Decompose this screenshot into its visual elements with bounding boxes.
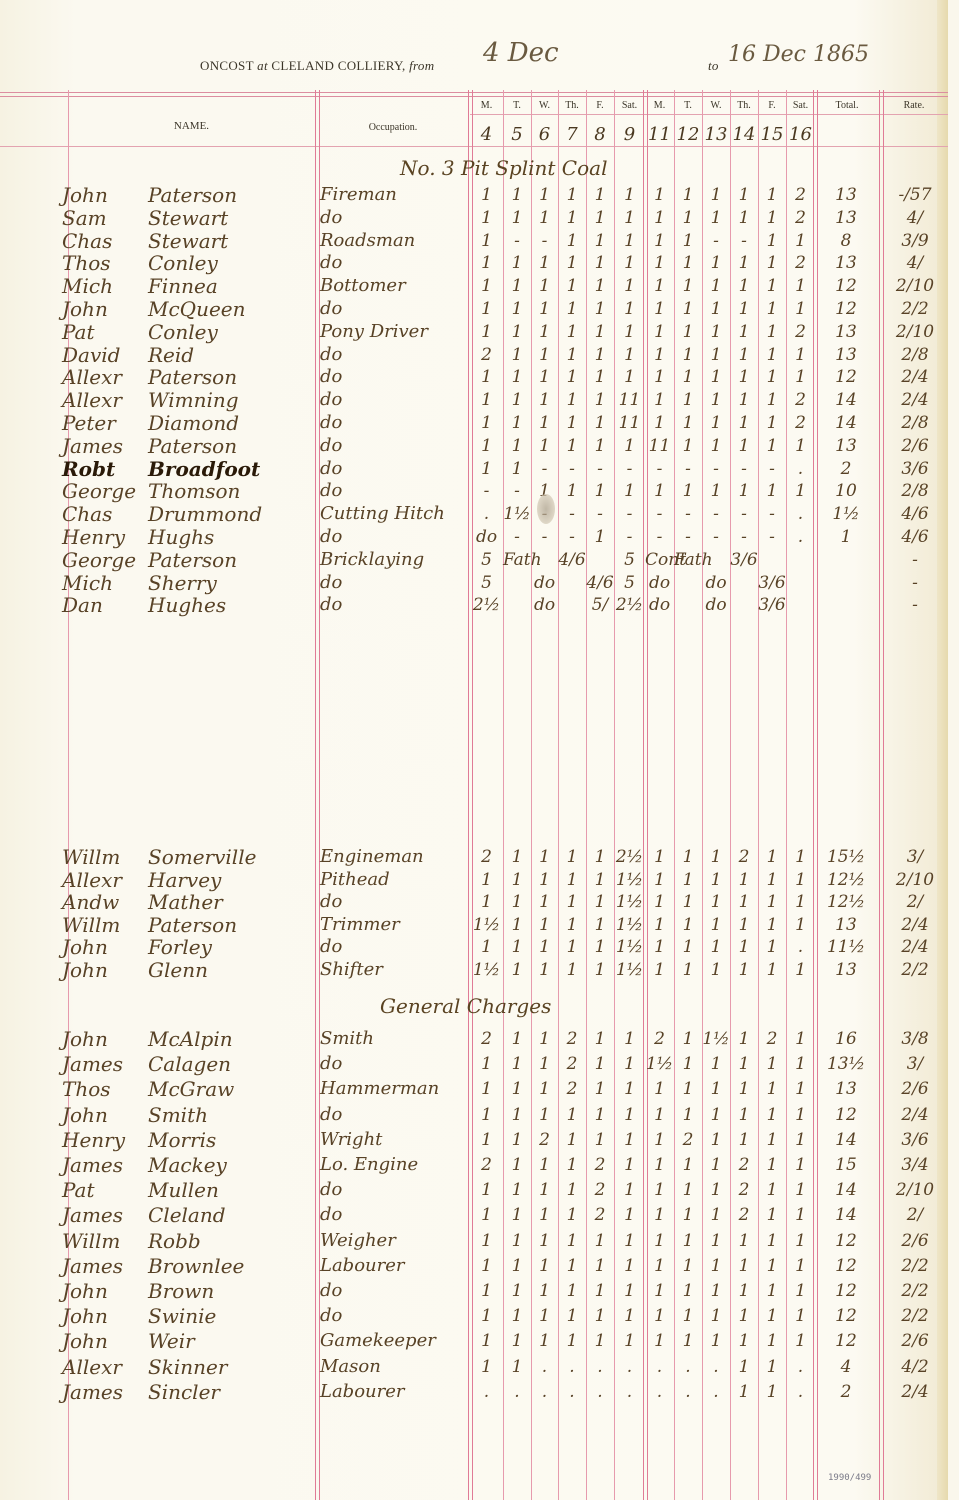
day-mark: 1 bbox=[503, 252, 531, 274]
day-mark: - bbox=[645, 526, 674, 548]
day-mark: 1 bbox=[558, 252, 586, 274]
rate-value: 4/6 bbox=[885, 526, 945, 548]
day-mark: 1 bbox=[470, 1204, 503, 1226]
rate-value: 2/4 bbox=[885, 1381, 945, 1403]
day-mark: 2 bbox=[558, 1053, 586, 1075]
day-mark: 1 bbox=[614, 1154, 645, 1176]
day-mark: 1 bbox=[470, 230, 503, 252]
day-mark: 1 bbox=[758, 959, 786, 981]
day-mark: 2 bbox=[531, 1129, 558, 1151]
last-name: Robb bbox=[148, 1230, 201, 1252]
day-mark: 1 bbox=[674, 412, 702, 434]
day-mark: 1 bbox=[558, 936, 586, 958]
first-name: James bbox=[62, 1154, 123, 1176]
first-name: John bbox=[62, 936, 108, 958]
day-mark: 1 bbox=[470, 1053, 503, 1075]
day-mark: 1 bbox=[758, 1053, 786, 1075]
day-mark: 1 bbox=[586, 846, 614, 868]
day-mark: 1 bbox=[758, 389, 786, 411]
day-mark: - bbox=[614, 458, 645, 480]
last-name: Thomson bbox=[148, 480, 240, 502]
day-mark: 1 bbox=[702, 914, 730, 936]
day-mark: 1 bbox=[531, 366, 558, 388]
first-name: Mich bbox=[62, 572, 113, 594]
section-heading-pit: No. 3 Pit Splint Coal bbox=[400, 156, 607, 180]
day-mark: 1 bbox=[758, 252, 786, 274]
day-mark: - bbox=[730, 458, 758, 480]
day-mark: - bbox=[503, 230, 531, 252]
total-value: 13 bbox=[815, 252, 877, 274]
rate-value: - bbox=[885, 594, 945, 616]
total-value: 13 bbox=[815, 184, 877, 206]
occupation: Roadsman bbox=[320, 230, 470, 252]
header-bottom-rule bbox=[0, 146, 948, 147]
day-mark: 1 bbox=[614, 1053, 645, 1075]
day-mark: do bbox=[531, 572, 558, 594]
day-mark: 1 bbox=[674, 207, 702, 229]
day-mark: 1 bbox=[645, 959, 674, 981]
day-mark: 1 bbox=[558, 1255, 586, 1277]
day-mark: 1 bbox=[531, 1104, 558, 1126]
day-mark: 1 bbox=[614, 184, 645, 206]
day-mark: 1 bbox=[786, 846, 815, 868]
day-mark: 1 bbox=[674, 959, 702, 981]
occupation: do bbox=[320, 936, 470, 958]
day-mark: 1 bbox=[786, 1204, 815, 1226]
total-value: 13 bbox=[815, 959, 877, 981]
day-mark: 1 bbox=[702, 1078, 730, 1100]
first-name: Sam bbox=[62, 207, 107, 229]
day-mark: - bbox=[531, 230, 558, 252]
first-name: Allexr bbox=[62, 389, 122, 411]
day-mark: Fath bbox=[503, 549, 531, 571]
day-mark: 1 bbox=[645, 230, 674, 252]
table-row: WillmPatersonTrimmer1½11111½111111132/4 bbox=[0, 914, 948, 936]
day-mark: Cont bbox=[645, 549, 674, 571]
day-mark: - bbox=[586, 503, 614, 525]
day-date: 5 bbox=[503, 124, 531, 145]
occupation: Labourer bbox=[320, 1255, 470, 1277]
day-mark: 1 bbox=[758, 480, 786, 502]
first-name: John bbox=[62, 1330, 108, 1352]
day-mark: 1 bbox=[674, 1230, 702, 1252]
day-mark: 1 bbox=[503, 458, 531, 480]
day-mark: 1 bbox=[730, 869, 758, 891]
day-mark: . bbox=[786, 526, 815, 548]
day-mark: 1 bbox=[758, 1280, 786, 1302]
rate-value: 2/4 bbox=[885, 1104, 945, 1126]
occupation: Cutting Hitch bbox=[320, 503, 470, 525]
day-mark: 3/6 bbox=[758, 594, 786, 616]
day-mark: 1 bbox=[674, 252, 702, 274]
day-mark: 1 bbox=[645, 366, 674, 388]
day-date: 4 bbox=[470, 124, 503, 145]
total-value: 2 bbox=[815, 1381, 877, 1403]
day-mark: 1 bbox=[674, 914, 702, 936]
day-mark: 1½ bbox=[614, 891, 645, 913]
day-mark: 2 bbox=[786, 207, 815, 229]
day-mark: - bbox=[702, 526, 730, 548]
day-mark: 1 bbox=[730, 1330, 758, 1352]
last-name: Stewart bbox=[148, 230, 228, 252]
total-value: 12 bbox=[815, 1305, 877, 1327]
day-mark: 1 bbox=[758, 230, 786, 252]
day-mark: 1 bbox=[558, 298, 586, 320]
last-name: Swinie bbox=[148, 1305, 216, 1327]
day-mark: 1 bbox=[786, 1255, 815, 1277]
day-date: 15 bbox=[758, 124, 786, 145]
table-row: DavidReiddo211111111111132/8 bbox=[0, 344, 948, 366]
day-mark bbox=[758, 549, 786, 571]
day-mark: 1 bbox=[702, 480, 730, 502]
day-mark: 1 bbox=[730, 1255, 758, 1277]
last-name: Forley bbox=[148, 936, 212, 958]
table-row: JamesMackeyLo. Engine211121111211153/4 bbox=[0, 1154, 948, 1176]
day-mark: 1 bbox=[470, 891, 503, 913]
day-mark bbox=[786, 572, 815, 594]
day-mark: 1 bbox=[730, 1230, 758, 1252]
day-mark: 1 bbox=[586, 344, 614, 366]
occupation: do bbox=[320, 412, 470, 434]
last-name: Paterson bbox=[148, 914, 237, 936]
day-mark: 1 bbox=[758, 1104, 786, 1126]
day-mark: 1 bbox=[674, 480, 702, 502]
day-mark: 1 bbox=[730, 1053, 758, 1075]
day-mark: 1 bbox=[558, 207, 586, 229]
day-date: 13 bbox=[702, 124, 730, 145]
first-name: John bbox=[62, 298, 108, 320]
day-mark: 1 bbox=[645, 914, 674, 936]
last-name: Skinner bbox=[148, 1356, 227, 1378]
day-mark: 2 bbox=[558, 1028, 586, 1050]
day-header: W. bbox=[702, 100, 730, 111]
table-row: ChasStewartRoadsman1--11111--1183/9 bbox=[0, 230, 948, 252]
day-mark: . bbox=[531, 1356, 558, 1378]
first-name: John bbox=[62, 1280, 108, 1302]
last-name: Sherry bbox=[148, 572, 217, 594]
table-row: AllexrPatersondo111111111111122/4 bbox=[0, 366, 948, 388]
table-row: HenryMorrisWright112111121111143/6 bbox=[0, 1129, 948, 1151]
day-mark: 1 bbox=[702, 344, 730, 366]
day-mark: 1 bbox=[702, 1305, 730, 1327]
day-mark: - bbox=[730, 503, 758, 525]
day-mark: 3/6 bbox=[758, 572, 786, 594]
table-row: JohnSmithdo111111111111122/4 bbox=[0, 1104, 948, 1126]
day-mark bbox=[503, 572, 531, 594]
last-name: Paterson bbox=[148, 184, 237, 206]
day-mark: 1 bbox=[614, 1104, 645, 1126]
day-mark: 1 bbox=[470, 275, 503, 297]
day-mark: 1 bbox=[786, 1104, 815, 1126]
day-mark bbox=[531, 549, 558, 571]
day-mark: 1 bbox=[558, 1330, 586, 1352]
day-mark: 1 bbox=[586, 321, 614, 343]
day-mark: 1 bbox=[730, 1028, 758, 1050]
day-mark: . bbox=[674, 1381, 702, 1403]
day-mark: 1 bbox=[702, 298, 730, 320]
occupation: Bricklaying bbox=[320, 549, 470, 571]
day-mark: 1 bbox=[470, 458, 503, 480]
day-mark: 5 bbox=[470, 572, 503, 594]
first-name: Chas bbox=[62, 230, 112, 252]
day-mark: 1 bbox=[702, 891, 730, 913]
day-mark: 1 bbox=[586, 1129, 614, 1151]
day-mark: 1 bbox=[758, 275, 786, 297]
day-mark: 1 bbox=[786, 1280, 815, 1302]
day-mark: 1 bbox=[645, 275, 674, 297]
day-mark: 1 bbox=[674, 1104, 702, 1126]
day-mark: 1 bbox=[702, 412, 730, 434]
total-value: 14 bbox=[815, 389, 877, 411]
first-name: Henry bbox=[62, 526, 125, 548]
table-row: JamesBrownleeLabourer111111111111122/2 bbox=[0, 1255, 948, 1277]
occupation: do bbox=[320, 458, 470, 480]
last-name: Wimning bbox=[148, 389, 239, 411]
day-mark: 1 bbox=[558, 275, 586, 297]
day-mark: 1 bbox=[470, 207, 503, 229]
total-value: 12 bbox=[815, 275, 877, 297]
day-mark: 1 bbox=[531, 959, 558, 981]
total-value bbox=[815, 594, 877, 616]
table-row: PatMullendo111121111211142/10 bbox=[0, 1179, 948, 1201]
table-row: MichSherrydo5do4/65dodo3/6- bbox=[0, 572, 948, 594]
day-mark: 1 bbox=[503, 1230, 531, 1252]
day-mark: 1 bbox=[645, 412, 674, 434]
day-mark: 1 bbox=[730, 936, 758, 958]
day-mark: 1 bbox=[730, 1280, 758, 1302]
day-mark: . bbox=[786, 936, 815, 958]
day-mark: 1 bbox=[786, 1053, 815, 1075]
occupation: Trimmer bbox=[320, 914, 470, 936]
table-row: WillmSomervilleEngineman211112½11121115½… bbox=[0, 846, 948, 868]
day-mark: 1 bbox=[786, 1028, 815, 1050]
day-mark: 2½ bbox=[470, 594, 503, 616]
day-mark: 1 bbox=[531, 207, 558, 229]
rate-value: 2/2 bbox=[885, 959, 945, 981]
day-mark: 1 bbox=[531, 1078, 558, 1100]
total-value bbox=[815, 572, 877, 594]
day-mark: 1 bbox=[786, 366, 815, 388]
last-name: Conley bbox=[148, 321, 218, 343]
day-mark: 1 bbox=[470, 366, 503, 388]
last-name: Hughes bbox=[148, 594, 226, 616]
page-title: ONCOST at CLELAND COLLIERY, from bbox=[200, 58, 434, 74]
day-mark: 1 bbox=[645, 1129, 674, 1151]
occupation: do bbox=[320, 366, 470, 388]
day-mark: 11 bbox=[645, 435, 674, 457]
day-mark: 1 bbox=[645, 891, 674, 913]
occupation: do bbox=[320, 1204, 470, 1226]
day-mark: 1 bbox=[614, 1305, 645, 1327]
table-row: JohnMcAlpinSmith211211211½121163/8 bbox=[0, 1028, 948, 1050]
total-value: 12½ bbox=[815, 891, 877, 913]
day-mark: 1 bbox=[758, 869, 786, 891]
table-row: PeterDiamonddo1111111111112142/8 bbox=[0, 412, 948, 434]
day-mark: 1 bbox=[674, 344, 702, 366]
table-row: JohnForleydo111111½11111.11½2/4 bbox=[0, 936, 948, 958]
day-mark: 1 bbox=[645, 184, 674, 206]
occupation: Hammerman bbox=[320, 1078, 470, 1100]
last-name: Brown bbox=[148, 1280, 214, 1302]
day-date: 14 bbox=[730, 124, 758, 145]
day-mark: 1 bbox=[503, 1053, 531, 1075]
day-mark: 1 bbox=[470, 298, 503, 320]
total-value: 12 bbox=[815, 366, 877, 388]
day-mark: 1 bbox=[558, 412, 586, 434]
day-mark bbox=[730, 594, 758, 616]
day-mark: - bbox=[531, 458, 558, 480]
day-mark: - bbox=[558, 458, 586, 480]
day-mark: 1 bbox=[758, 321, 786, 343]
day-mark: 1 bbox=[730, 252, 758, 274]
day-mark: 11 bbox=[614, 412, 645, 434]
day-mark: 1 bbox=[730, 435, 758, 457]
day-mark: 1 bbox=[702, 366, 730, 388]
day-mark: 1 bbox=[614, 1330, 645, 1352]
rate-value: 4/2 bbox=[885, 1356, 945, 1378]
day-mark: 1 bbox=[614, 435, 645, 457]
rate-value: 2/8 bbox=[885, 412, 945, 434]
day-date: 8 bbox=[586, 124, 614, 145]
day-mark: 1 bbox=[558, 321, 586, 343]
occupation: Smith bbox=[320, 1028, 470, 1050]
occupation: Gamekeeper bbox=[320, 1330, 470, 1352]
day-mark: 1 bbox=[503, 275, 531, 297]
occupation: do bbox=[320, 891, 470, 913]
last-name: Drummond bbox=[148, 503, 262, 525]
total-value: 14 bbox=[815, 1204, 877, 1226]
rate-value: 2/ bbox=[885, 1204, 945, 1226]
table-row: AllexrHarveyPithead111111½11111112½2/10 bbox=[0, 869, 948, 891]
rate-value: 2/8 bbox=[885, 344, 945, 366]
day-mark: . bbox=[645, 1356, 674, 1378]
last-name: Brownlee bbox=[148, 1255, 244, 1277]
table-row: PatConleyPony Driver111111111112132/10 bbox=[0, 321, 948, 343]
day-mark: 1 bbox=[503, 914, 531, 936]
day-mark: 1½ bbox=[614, 914, 645, 936]
last-name: Paterson bbox=[148, 435, 237, 457]
day-mark bbox=[558, 594, 586, 616]
day-mark: 1 bbox=[786, 1330, 815, 1352]
day-mark: 1 bbox=[674, 1305, 702, 1327]
rate-value: 2/4 bbox=[885, 936, 945, 958]
day-mark: 1 bbox=[758, 1330, 786, 1352]
day-mark: 1 bbox=[531, 1230, 558, 1252]
day-mark: 1 bbox=[503, 344, 531, 366]
day-mark: 1 bbox=[786, 914, 815, 936]
day-mark: 1 bbox=[503, 207, 531, 229]
day-mark: 1 bbox=[702, 1204, 730, 1226]
rate-value: 2/4 bbox=[885, 389, 945, 411]
total-value: 15½ bbox=[815, 846, 877, 868]
rate-value: 2/10 bbox=[885, 321, 945, 343]
last-name: Mullen bbox=[148, 1179, 219, 1201]
day-mark: 2 bbox=[730, 1179, 758, 1201]
day-mark bbox=[503, 594, 531, 616]
rate-value: 3/6 bbox=[885, 458, 945, 480]
col-header-rate: Rate. bbox=[882, 100, 946, 111]
table-row: ChasDrummondCutting Hitch.1½---------.1½… bbox=[0, 503, 948, 525]
day-header: F. bbox=[586, 100, 614, 111]
last-name: Calagen bbox=[148, 1053, 231, 1075]
first-name: Mich bbox=[62, 275, 113, 297]
total-value: 15 bbox=[815, 1154, 877, 1176]
day-mark: 1 bbox=[674, 891, 702, 913]
day-mark bbox=[674, 594, 702, 616]
day-mark: 1 bbox=[558, 230, 586, 252]
day-mark: 1 bbox=[558, 435, 586, 457]
occupation: Pithead bbox=[320, 869, 470, 891]
day-mark: 1 bbox=[674, 230, 702, 252]
day-mark: 1 bbox=[503, 846, 531, 868]
rate-value: 2/4 bbox=[885, 366, 945, 388]
last-name: Broadfoot bbox=[148, 458, 260, 480]
day-mark: 1½ bbox=[614, 959, 645, 981]
day-mark: 1 bbox=[645, 1154, 674, 1176]
day-mark: 1 bbox=[614, 1280, 645, 1302]
day-mark: 1 bbox=[586, 298, 614, 320]
total-value: 12 bbox=[815, 1255, 877, 1277]
day-mark: Fath bbox=[674, 549, 702, 571]
first-name: Thos bbox=[62, 1078, 111, 1100]
day-mark: 1 bbox=[758, 936, 786, 958]
day-mark: 1 bbox=[503, 1204, 531, 1226]
day-mark: 1 bbox=[674, 936, 702, 958]
first-name: John bbox=[62, 1104, 108, 1126]
first-name: Pat bbox=[62, 1179, 95, 1201]
occupation: do bbox=[320, 594, 470, 616]
day-mark: 1 bbox=[702, 1053, 730, 1075]
day-mark: 5 bbox=[470, 549, 503, 571]
day-mark: 1 bbox=[614, 1179, 645, 1201]
day-mark: 1 bbox=[558, 184, 586, 206]
header-top-rule bbox=[0, 92, 948, 97]
table-row: AndwMatherdo111111½11111112½2/ bbox=[0, 891, 948, 913]
total-value: 8 bbox=[815, 230, 877, 252]
rate-value: - bbox=[885, 549, 945, 571]
rate-value: 2/10 bbox=[885, 1179, 945, 1201]
day-mark: - bbox=[674, 503, 702, 525]
day-mark: 1 bbox=[645, 298, 674, 320]
table-row: ThosConleydo111111111112134/ bbox=[0, 252, 948, 274]
day-mark: 1 bbox=[758, 1305, 786, 1327]
day-mark: 1 bbox=[503, 321, 531, 343]
first-name: Robt bbox=[62, 458, 115, 480]
day-mark: . bbox=[503, 1381, 531, 1403]
day-mark: 1 bbox=[645, 480, 674, 502]
first-name: John bbox=[62, 959, 108, 981]
day-mark: 1 bbox=[702, 207, 730, 229]
table-row: WillmRobbWeigher111111111111122/6 bbox=[0, 1230, 948, 1252]
day-mark: 1 bbox=[758, 366, 786, 388]
catalog-number: 1990/499 bbox=[828, 1473, 871, 1483]
title-to: to bbox=[708, 58, 719, 74]
first-name: John bbox=[62, 1028, 108, 1050]
day-mark: - bbox=[758, 503, 786, 525]
day-mark: 1 bbox=[531, 936, 558, 958]
day-mark: 1 bbox=[674, 1028, 702, 1050]
day-mark: 4/6 bbox=[586, 572, 614, 594]
day-mark: 1 bbox=[645, 389, 674, 411]
last-name: Sincler bbox=[148, 1381, 220, 1403]
day-mark: 1 bbox=[470, 869, 503, 891]
day-mark: 1 bbox=[674, 1154, 702, 1176]
first-name: Pat bbox=[62, 321, 95, 343]
first-name: Peter bbox=[62, 412, 116, 434]
day-mark: 2 bbox=[730, 1204, 758, 1226]
day-date: 7 bbox=[558, 124, 586, 145]
rate-value: 4/ bbox=[885, 252, 945, 274]
